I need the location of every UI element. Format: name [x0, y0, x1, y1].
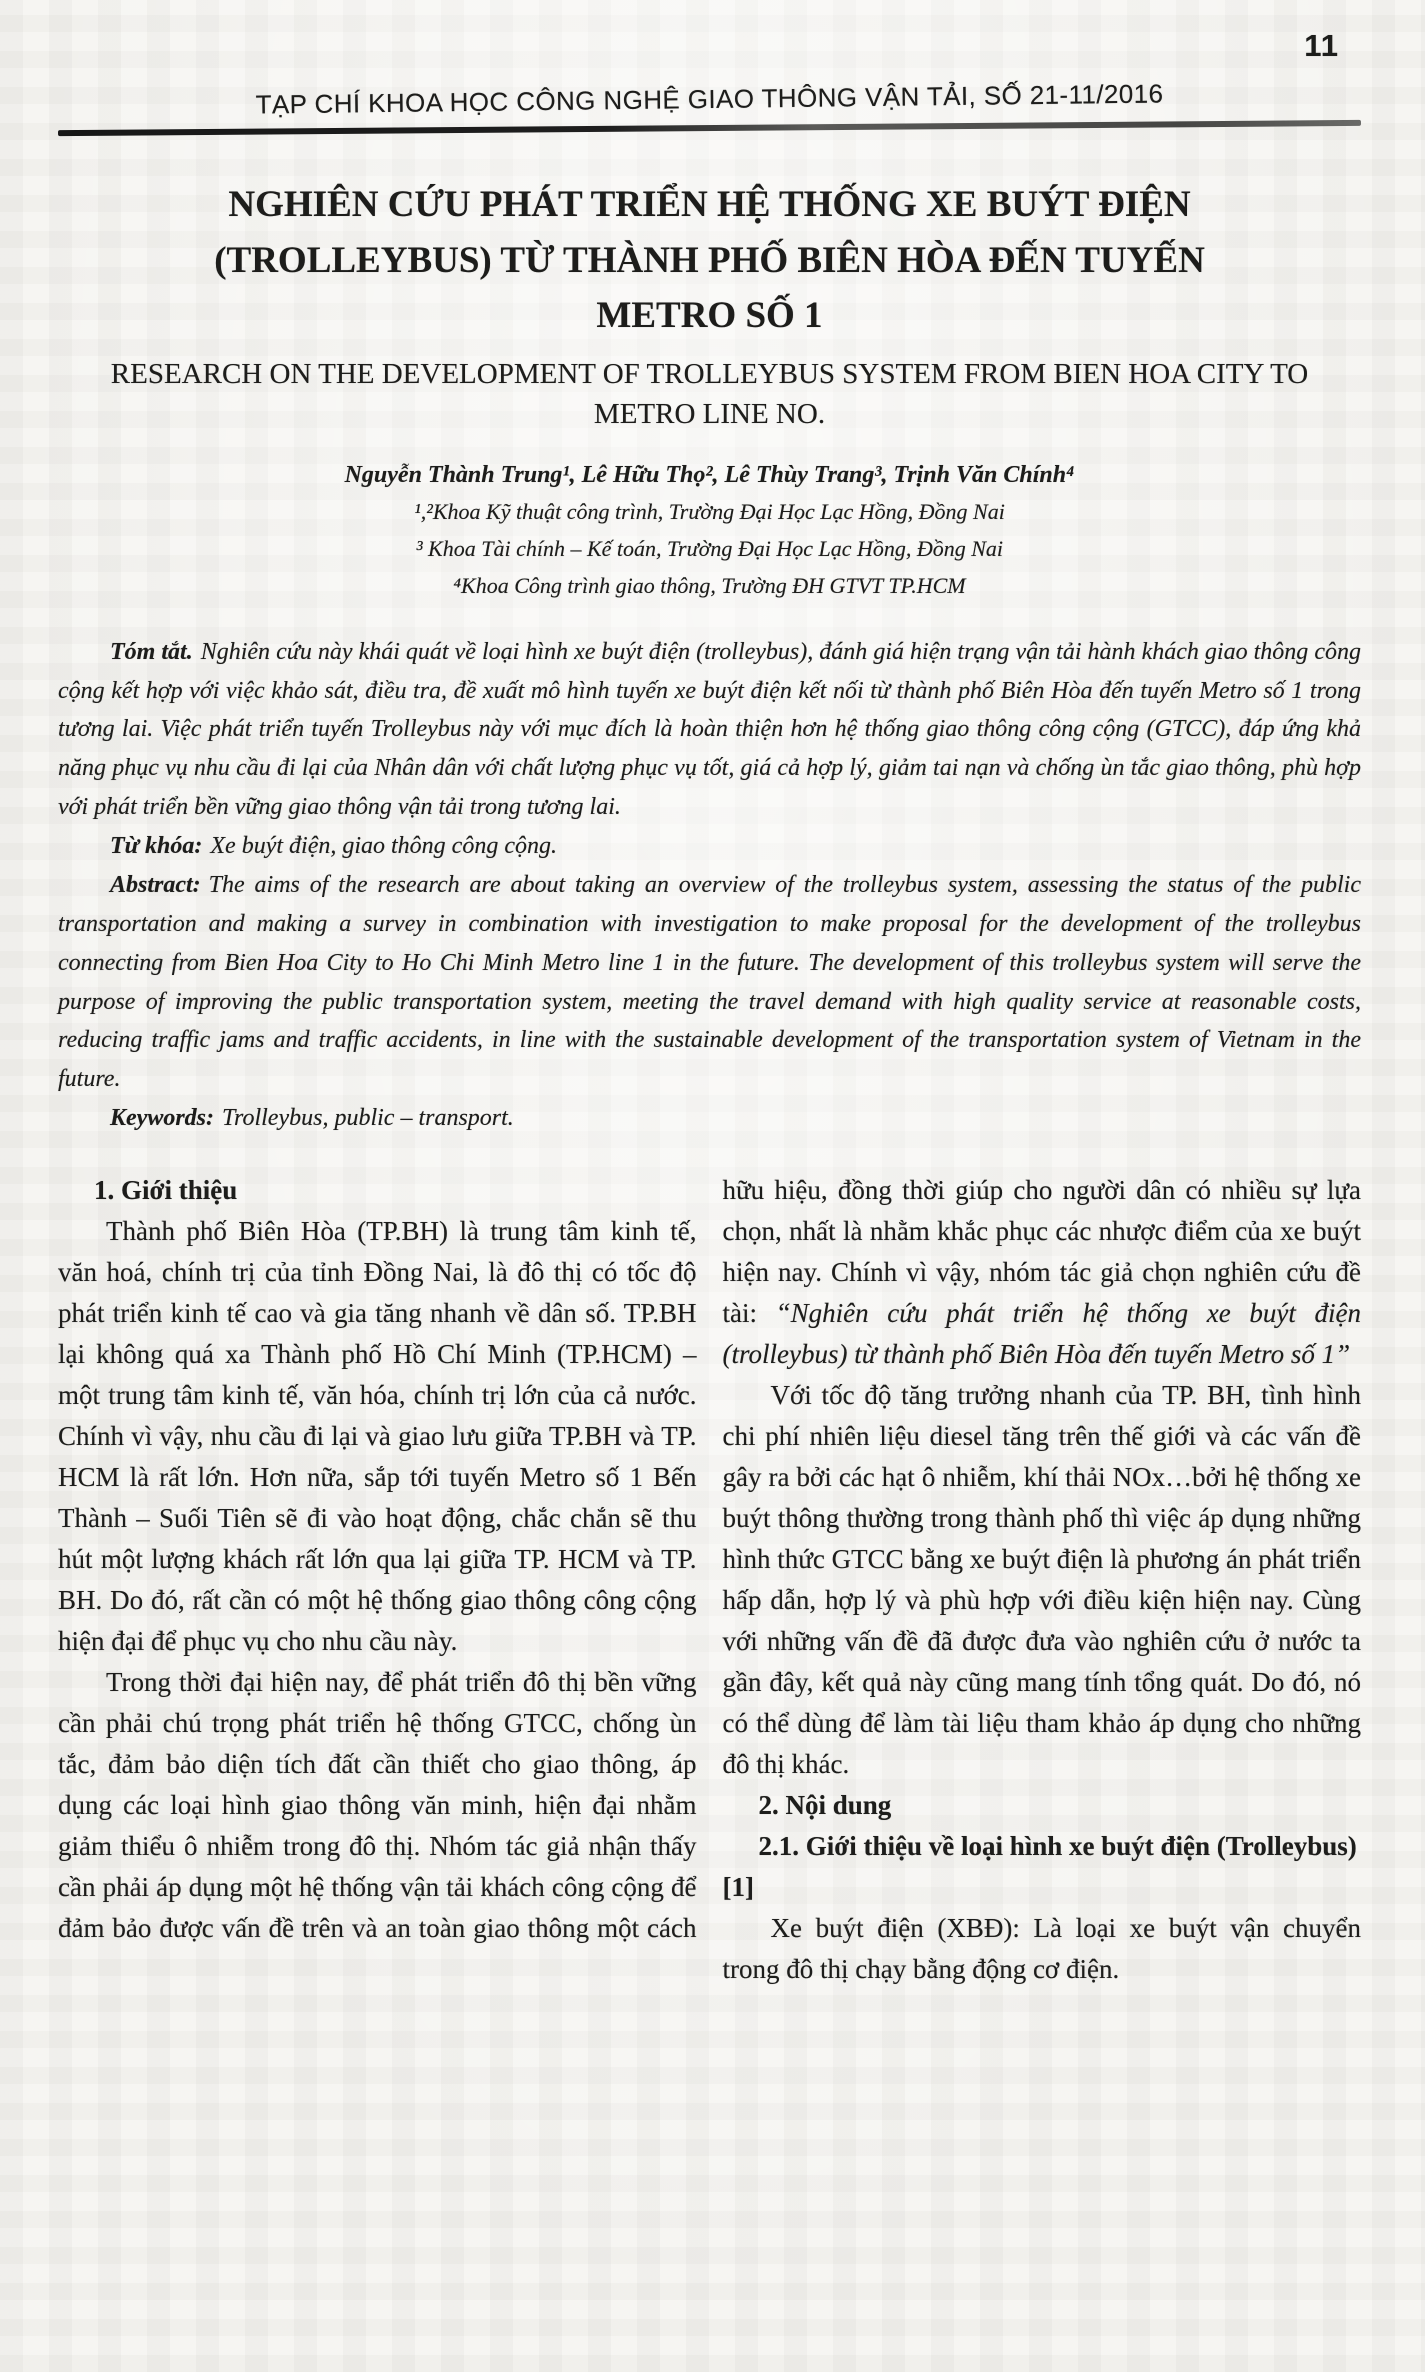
affiliations-block: ¹,²Khoa Kỹ thuật công trình, Trường Đại … — [58, 493, 1361, 605]
affiliation-line-3: ⁴Khoa Công trình giao thông, Trường ĐH G… — [58, 567, 1361, 604]
scanned-paper-page: 11 TẠP CHÍ KHOA HỌC CÔNG NGHỆ GIAO THÔNG… — [0, 0, 1425, 2372]
page-content: TẠP CHÍ KHOA HỌC CÔNG NGHỆ GIAO THÔNG VẬ… — [0, 0, 1425, 1990]
keywords-en-text: Trolleybus, public – transport. — [222, 1105, 514, 1131]
left-column: 1. Giới thiệu Thành phố Biên Hòa (TP.BH)… — [58, 1170, 697, 1990]
authors-line: Nguyễn Thành Trung¹, Lê Hữu Thọ², Lê Thù… — [58, 462, 1361, 489]
section-1-heading: 1. Giới thiệu — [58, 1170, 697, 1211]
body-columns: 1. Giới thiệu Thành phố Biên Hòa (TP.BH)… — [58, 1170, 1361, 1990]
affiliation-line-1: ¹,²Khoa Kỹ thuật công trình, Trường Đại … — [58, 493, 1361, 530]
abstract-vi-text: Nghiên cứu này khái quát về loại hình xe… — [58, 639, 1361, 821]
right-column: hữu hiệu, đồng thời giúp cho người dân c… — [723, 1170, 1362, 1990]
keywords-vi-text: Xe buýt điện, giao thông công cộng. — [210, 833, 557, 859]
page-number: 11 — [1304, 28, 1339, 64]
article-title-vi: NGHIÊN CỨU PHÁT TRIỂN HỆ THỐNG XE BUÝT Đ… — [170, 177, 1250, 344]
research-topic-quote: “Nghiên cứu phát triển hệ thống xe buýt … — [723, 1298, 1362, 1369]
section-1-paragraph-2: Trong thời đại hiện nay, để phát triển đ… — [58, 1662, 697, 1949]
keywords-en-label: Keywords: — [110, 1105, 214, 1131]
section-2-1-paragraph-1: Xe buýt điện (XBĐ): Là loại xe buýt vận … — [723, 1908, 1362, 1990]
abstract-en: Abstract:The aims of the research are ab… — [58, 866, 1361, 1099]
affiliation-line-2: ³ Khoa Tài chính – Kế toán, Trường Đại H… — [58, 530, 1361, 567]
keywords-en: Keywords:Trolleybus, public – transport. — [58, 1099, 1361, 1138]
article-title-en: RESEARCH ON THE DEVELOPMENT OF TROLLEYBU… — [90, 354, 1330, 434]
abstract-en-text: The aims of the research are about takin… — [58, 872, 1361, 1092]
section-2-heading: 2. Nội dung — [723, 1785, 1362, 1826]
section-1-paragraph-2-continuation: hữu hiệu, đồng thời giúp cho người dân c… — [723, 1170, 1362, 1375]
abstract-vi: Tóm tắt.Nghiên cứu này khái quát về loại… — [58, 633, 1361, 827]
header-rule — [58, 120, 1361, 136]
section-1-paragraph-1: Thành phố Biên Hòa (TP.BH) là trung tâm … — [58, 1211, 697, 1662]
keywords-vi-label: Từ khóa: — [110, 833, 202, 859]
section-2-1-heading: 2.1. Giới thiệu về loại hình xe buýt điệ… — [723, 1826, 1362, 1908]
keywords-vi: Từ khóa:Xe buýt điện, giao thông công cộ… — [58, 827, 1361, 866]
abstract-vi-label: Tóm tắt. — [110, 639, 193, 665]
journal-header: TẠP CHÍ KHOA HỌC CÔNG NGHỆ GIAO THÔNG VẬ… — [58, 76, 1361, 123]
abstract-en-label: Abstract: — [110, 872, 201, 898]
section-1-paragraph-3: Với tốc độ tăng trưởng nhanh của TP. BH,… — [723, 1375, 1362, 1785]
